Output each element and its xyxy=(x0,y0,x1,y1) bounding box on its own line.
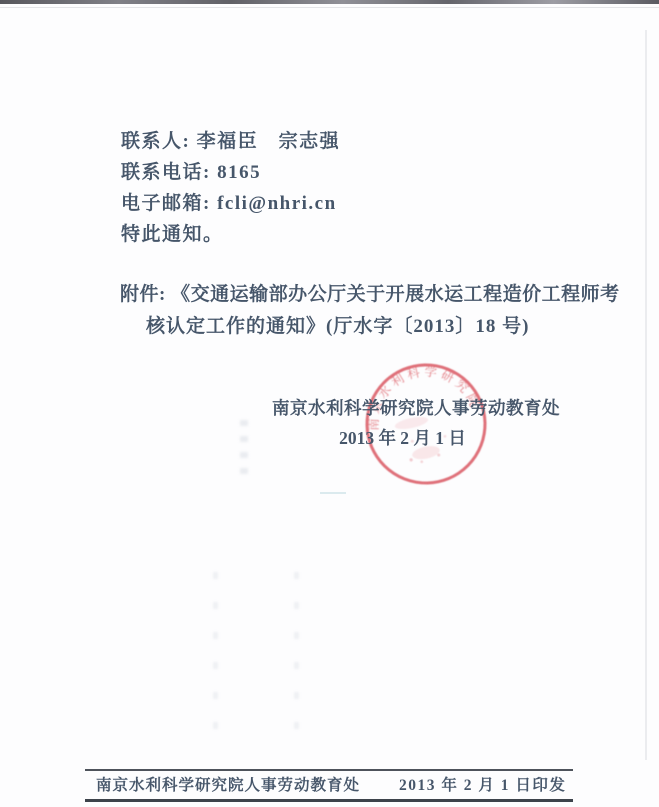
signature-date: 2013 年 2 月 1 日 xyxy=(330,425,475,450)
footer-issuer: 南京水利科学研究院人事劳动教育处 xyxy=(96,773,360,795)
scan-edge-artifact-top-faint xyxy=(0,7,659,8)
scan-smudge xyxy=(240,420,248,478)
contact-email-line: 电子邮箱: fcli@nhri.cn xyxy=(121,188,340,219)
contact-phone-line: 联系电话: 8165 xyxy=(121,157,340,188)
attachment-line-2: 核认定工作的通知》(厅水字〔2013〕18 号) xyxy=(146,311,529,338)
signature-department: 南京水利科学研究院人事劳动教育处 xyxy=(272,395,552,420)
stamp-ink-speck xyxy=(409,458,413,462)
footer-print-date: 2013 年 2 月 1 日印发 xyxy=(399,773,566,795)
seal-svg: 南京水利科学研究院 xyxy=(350,348,502,500)
scan-edge-artifact-top xyxy=(0,0,659,4)
closing-notice-line: 特此通知。 xyxy=(121,219,340,250)
footer-rule-bottom xyxy=(85,799,573,802)
scan-artifact-dash xyxy=(320,492,346,494)
stamp-ink-speck xyxy=(420,460,423,463)
official-seal-stamp: 南京水利科学研究院 xyxy=(350,348,502,500)
contact-info-block: 联系人: 李福臣 宗志强 联系电话: 8165 电子邮箱: fcli@nhri.… xyxy=(121,126,340,250)
footer-rule-top xyxy=(85,769,573,771)
scanned-document-page: 联系人: 李福臣 宗志强 联系电话: 8165 电子邮箱: fcli@nhri.… xyxy=(0,0,659,807)
attachment-line-1: 附件: 《交通运输部办公厅关于开展水运工程造价工程师考 xyxy=(120,279,620,306)
contact-person-line: 联系人: 李福臣 宗志强 xyxy=(121,126,340,157)
ink-bleedthrough-column xyxy=(213,572,218,747)
scan-edge-artifact-right xyxy=(645,30,647,760)
ink-bleedthrough-column xyxy=(294,572,299,747)
